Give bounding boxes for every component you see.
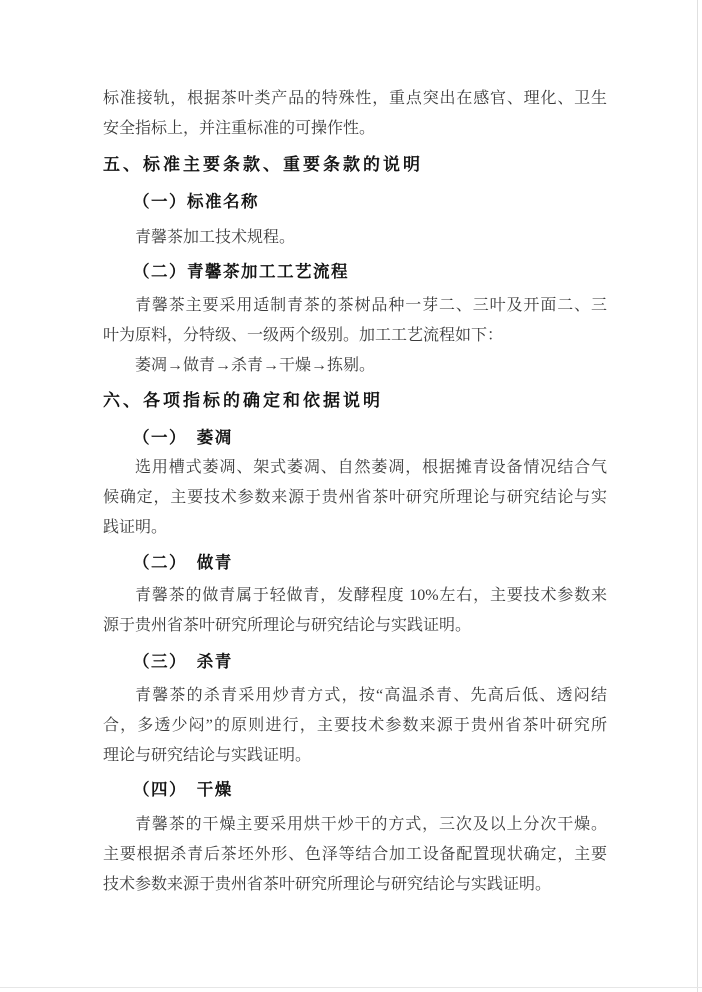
paragraph: 青馨茶的杀青采用炒青方式，按“高温杀青、先高后低、透闷结 合，多透少闷”的原则进… <box>103 681 607 771</box>
document-page: 标准接轨，根据茶叶类产品的特殊性，重点突出在感官、理化、卫生 安全指标上，并注重… <box>0 0 702 992</box>
section-heading-5: 五、标准主要条款、重要条款的说明 <box>103 150 607 180</box>
page-edge-bottom <box>0 987 702 988</box>
paragraph-line: 萎凋→做青→杀青→干燥→拣剔。 <box>103 351 607 381</box>
process-flow-line: 萎凋→做青→杀青→干燥→拣剔。 <box>103 351 607 381</box>
paragraph-line: 技术参数来源于贵州省茶叶研究所理论与研究结论与实践证明。 <box>103 870 607 900</box>
paragraph: 青馨茶的干燥主要采用烘干炒干的方式，三次及以上分次干燥。 主要根据杀青后茶坯外形… <box>103 810 607 900</box>
paragraph-line: 青馨茶的做青属于轻做青，发酵程度 10%左右，主要技术参数来 <box>103 581 607 611</box>
paragraph-line: 青馨茶加工技术规程。 <box>103 223 607 253</box>
paragraph: 青馨茶加工技术规程。 <box>103 223 607 253</box>
paragraph: 青馨茶的做青属于轻做青，发酵程度 10%左右，主要技术参数来 源于贵州省茶叶研究… <box>103 581 607 641</box>
subheading-shaqing: （三） 杀青 <box>103 647 607 677</box>
subheading-standard-name: （一）标准名称 <box>103 187 607 217</box>
paragraph-line: 叶为原料，分特级、一级两个级别。加工工艺流程如下： <box>103 321 607 351</box>
section-heading-6: 六、各项指标的确定和依据说明 <box>103 386 607 416</box>
document-content: 标准接轨，根据茶叶类产品的特殊性，重点突出在感官、理化、卫生 安全指标上，并注重… <box>0 0 702 900</box>
page-edge-right <box>697 0 698 992</box>
paragraph-line: 选用槽式萎凋、架式萎凋、自然萎凋，根据摊青设备情况结合气 <box>103 453 607 483</box>
paragraph-line: 青馨茶的杀青采用炒青方式，按“高温杀青、先高后低、透闷结 <box>103 681 607 711</box>
paragraph-line: 践证明。 <box>103 513 607 543</box>
paragraph-line: 合，多透少闷”的原则进行，主要技术参数来源于贵州省茶叶研究所 <box>103 711 607 741</box>
paragraph-line: 青馨茶的干燥主要采用烘干炒干的方式，三次及以上分次干燥。 <box>103 810 607 840</box>
paragraph-line: 标准接轨，根据茶叶类产品的特殊性，重点突出在感官、理化、卫生 <box>103 84 607 114</box>
subheading-zuoqing: （二） 做青 <box>103 548 607 578</box>
paragraph-line: 青馨茶主要采用适制青茶的茶树品种一芽二、三叶及开面二、三 <box>103 291 607 321</box>
subheading-process-flow: （二）青馨茶加工工艺流程 <box>103 257 607 287</box>
paragraph-line: 源于贵州省茶叶研究所理论与研究结论与实践证明。 <box>103 611 607 641</box>
paragraph-line: 理论与研究结论与实践证明。 <box>103 741 607 771</box>
paragraph-line: 主要根据杀青后茶坯外形、色泽等结合加工设备配置现状确定，主要 <box>103 840 607 870</box>
paragraph-line: 候确定，主要技术参数来源于贵州省茶叶研究所理论与研究结论与实 <box>103 483 607 513</box>
paragraph-line: 安全指标上，并注重标准的可操作性。 <box>103 114 607 144</box>
paragraph: 青馨茶主要采用适制青茶的茶树品种一芽二、三叶及开面二、三 叶为原料，分特级、一级… <box>103 291 607 351</box>
paragraph: 选用槽式萎凋、架式萎凋、自然萎凋，根据摊青设备情况结合气 候确定，主要技术参数来… <box>103 453 607 543</box>
paragraph: 标准接轨，根据茶叶类产品的特殊性，重点突出在感官、理化、卫生 安全指标上，并注重… <box>103 84 607 144</box>
subheading-drying: （四） 干燥 <box>103 775 607 805</box>
subheading-withering: （一） 萎凋 <box>103 423 607 453</box>
